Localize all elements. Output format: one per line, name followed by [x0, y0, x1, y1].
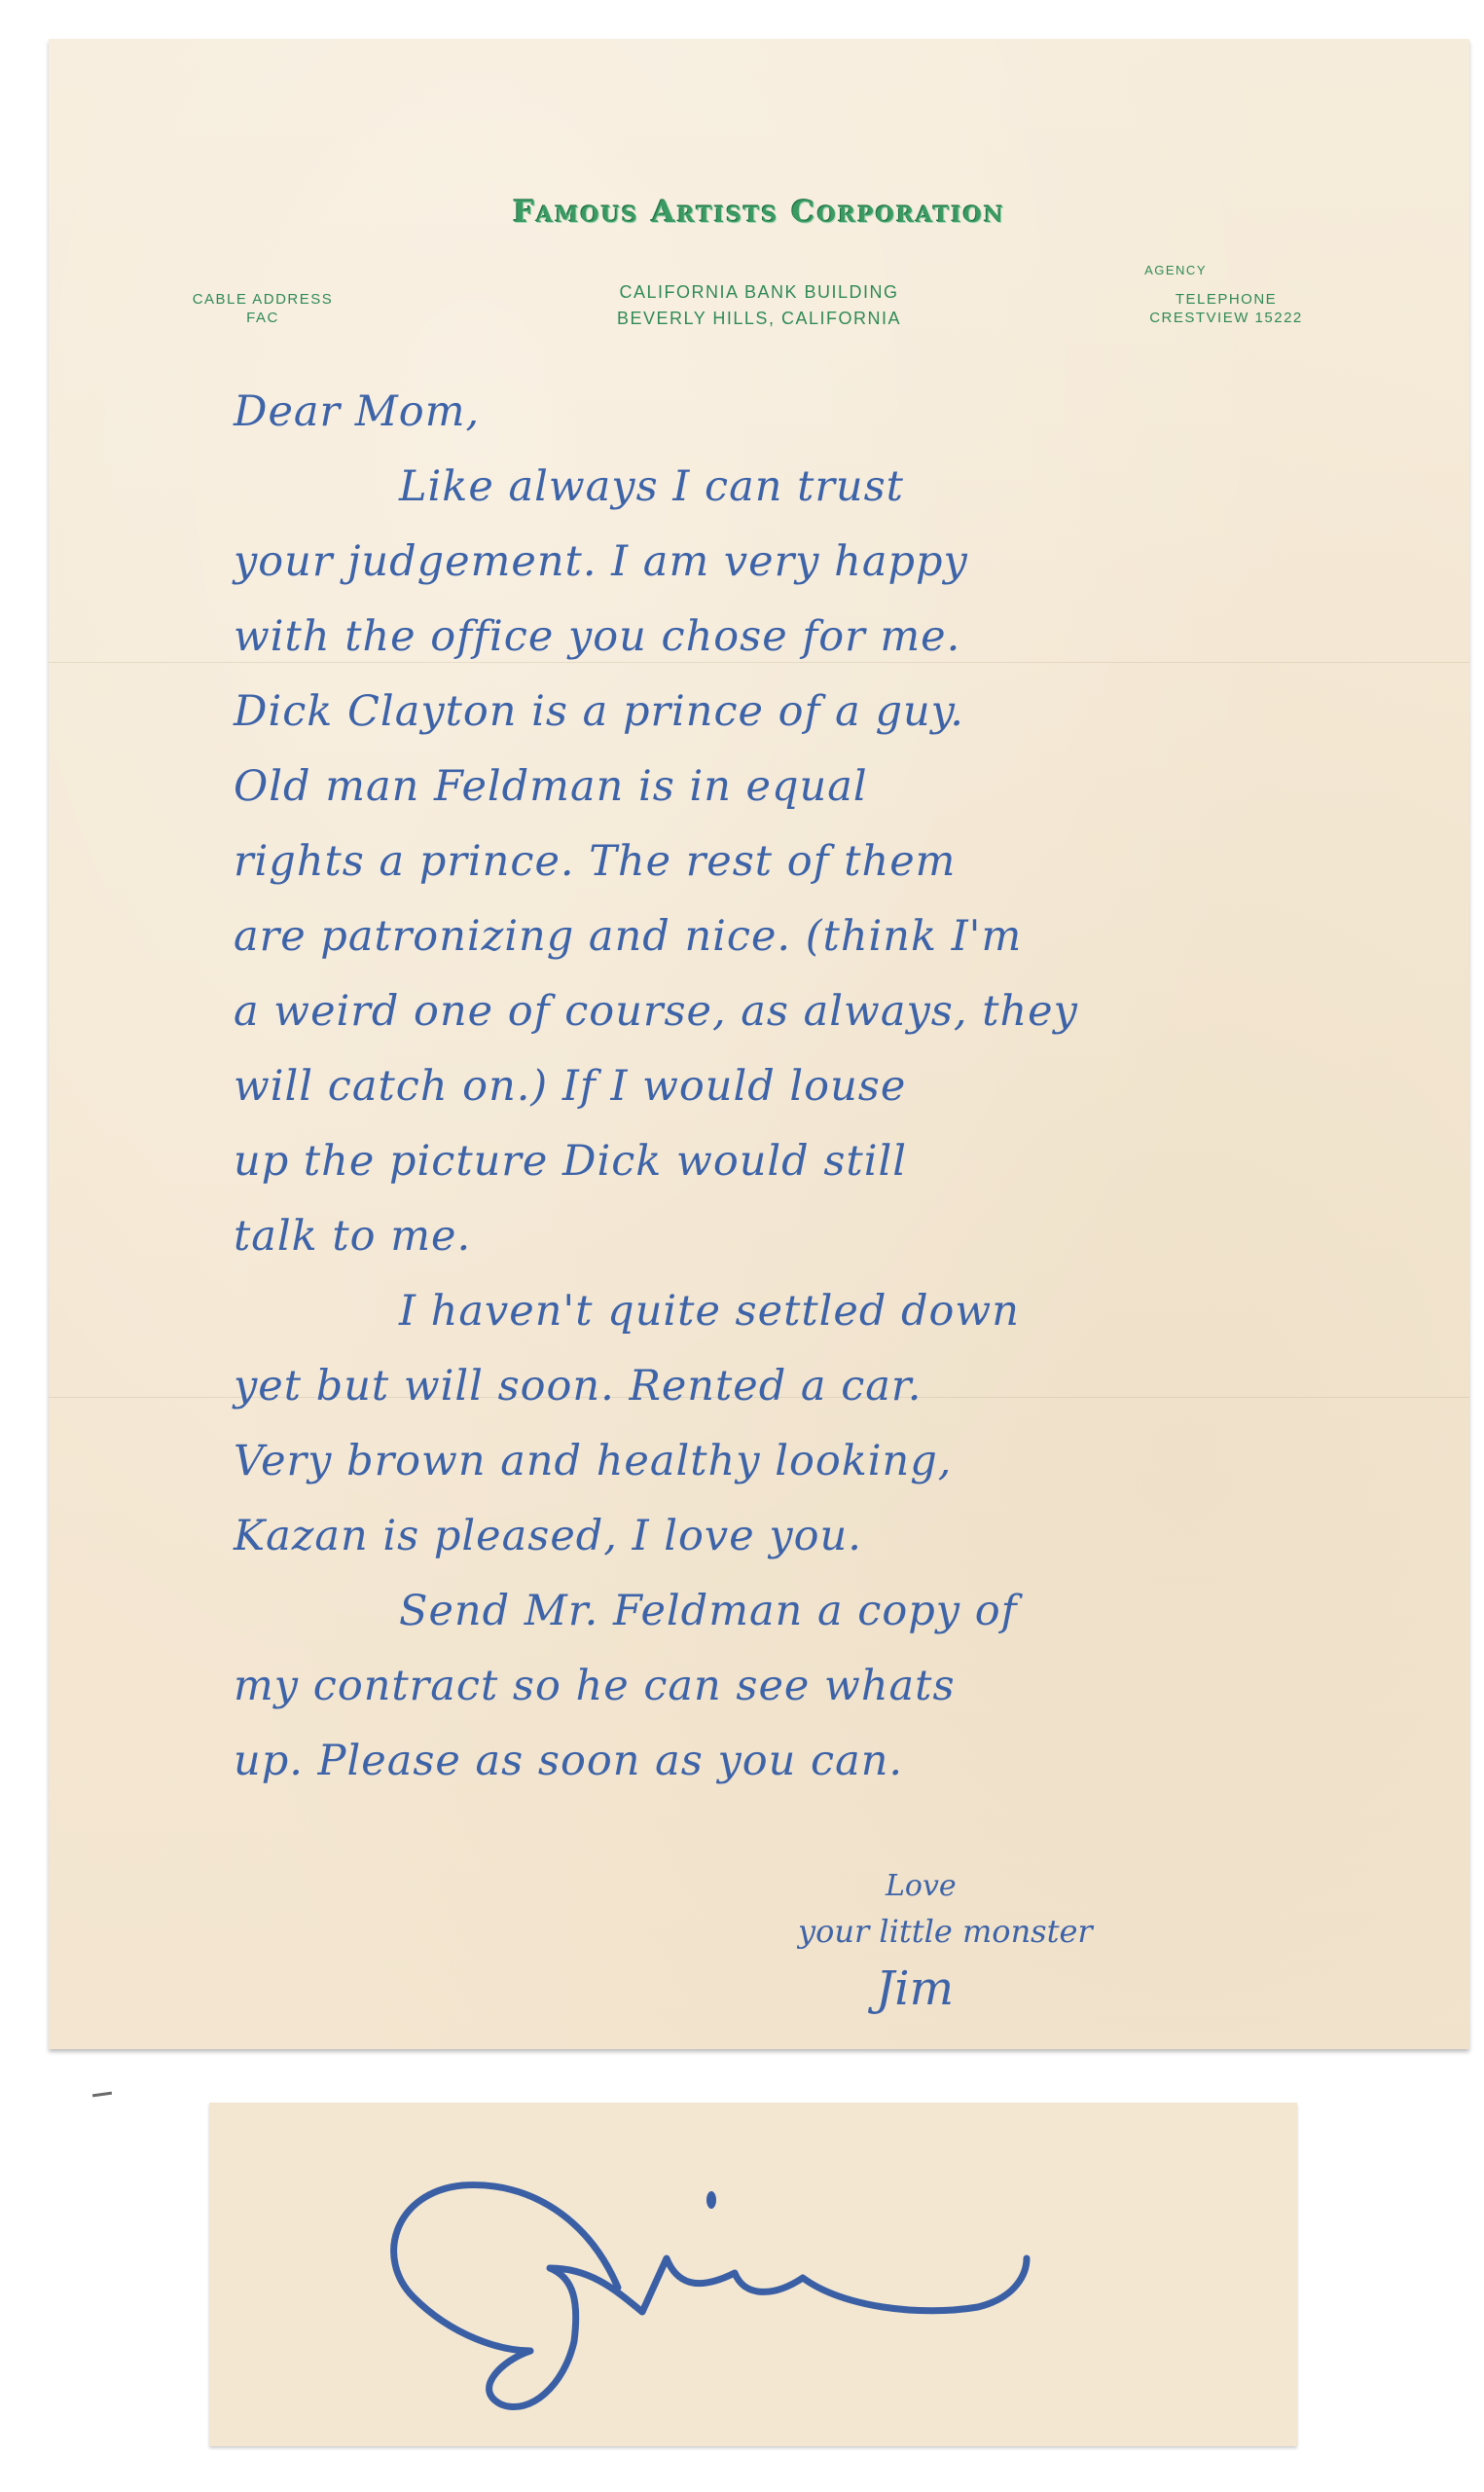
letter-signature: Jim: [876, 1961, 954, 2016]
letter-line: are patronizing and nice. (think I'm: [234, 899, 1450, 974]
agency-label: AGENCY: [448, 261, 1207, 279]
letterhead: Famous Artists Corporation AGENCY CALIFO…: [49, 39, 1469, 331]
telephone-label: TELEPHONE: [1119, 290, 1333, 309]
letter-line: up. Please as soon as you can.: [234, 1724, 1450, 1799]
letter-line: a weird one of course, as always, they: [234, 974, 1450, 1049]
ink-mark: [92, 2092, 112, 2098]
closing: Love: [886, 1869, 957, 1903]
letter-line: Like always I can trust: [234, 450, 1450, 525]
letter-line: yet but will soon. Rented a car.: [234, 1349, 1450, 1424]
letter-line: Dick Clayton is a prince of a guy.: [234, 675, 1450, 750]
letter-line: I haven't quite settled down: [234, 1274, 1450, 1349]
letter-line: Send Mr. Feldman a copy of: [234, 1574, 1450, 1649]
letter-line: with the office you chose for me.: [234, 600, 1450, 675]
cable-address: CABLE ADDRESS FAC: [165, 290, 360, 327]
letter-body: Dear Mom, Like always I can trust your j…: [234, 375, 1450, 1799]
letter-line: your judgement. I am very happy: [234, 525, 1450, 600]
letter-line: rights a prince. The rest of them: [234, 825, 1450, 899]
letter-line: up the picture Dick would still: [234, 1124, 1450, 1199]
letter-line: talk to me.: [234, 1199, 1450, 1274]
letter-line: will catch on.) If I would louse: [234, 1049, 1450, 1124]
telephone-value: CRESTVIEW 15222: [1119, 309, 1333, 327]
signature-card: [209, 2103, 1297, 2446]
letter-page: Famous Artists Corporation AGENCY CALIFO…: [49, 39, 1469, 2049]
telephone: TELEPHONE CRESTVIEW 15222: [1119, 290, 1333, 327]
letter-line: my contract so he can see whats: [234, 1649, 1450, 1724]
signature-jim-icon: [355, 2142, 1231, 2414]
letter-line: Very brown and healthy looking,: [234, 1424, 1450, 1499]
letter-line: Kazan is pleased, I love you.: [234, 1499, 1450, 1574]
letter-line: Old man Feldman is in equal: [234, 750, 1450, 825]
cable-address-value: FAC: [165, 309, 360, 327]
salutation: Dear Mom,: [234, 375, 1450, 450]
company-name: Famous Artists Corporation: [49, 195, 1469, 230]
cable-address-label: CABLE ADDRESS: [165, 290, 360, 309]
closing-line-2: your little monster: [798, 1913, 1093, 1950]
